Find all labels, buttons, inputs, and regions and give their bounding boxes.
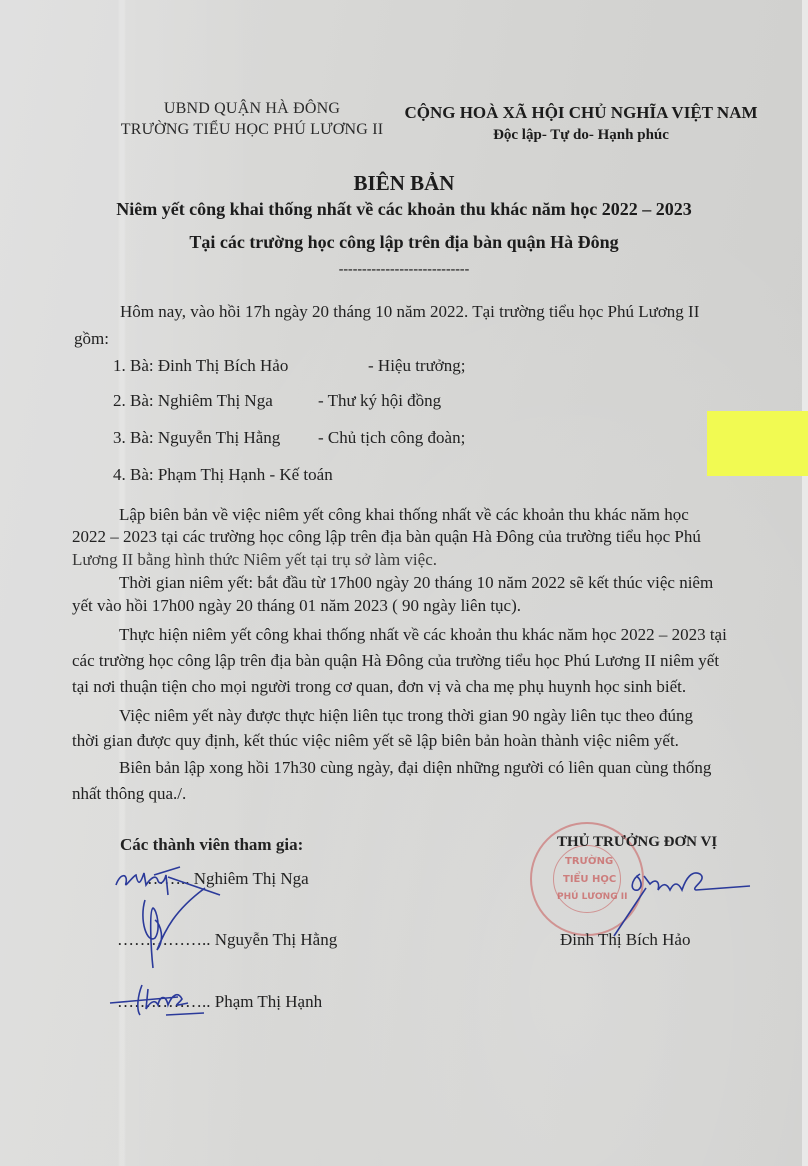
para3-line3: tại nơi thuận tiện cho mọi người trong c… [72, 677, 686, 697]
document-title: BIÊN BẢN [0, 171, 808, 196]
authority-line-2: TRƯỜNG TIỂU HỌC PHÚ LƯƠNG II [107, 119, 397, 140]
head-of-unit-name: Đinh Thị Bích Hảo [560, 930, 690, 950]
motto: Độc lập- Tự do- Hạnh phúc [386, 124, 776, 146]
issuing-authority: UBND QUẬN HÀ ĐÔNG TRƯỜNG TIỂU HỌC PHÚ LƯ… [107, 98, 397, 140]
signature-hang-icon [135, 880, 225, 980]
para1-line3: Lương II bằng hình thức Niêm yết tại trụ… [72, 550, 437, 570]
para1-line2: 2022 – 2023 tại các trường học công lập … [72, 527, 701, 547]
intro-line-2: gồm: [74, 329, 109, 349]
para4-line1: Việc niêm yết này được thực hiện liên tụ… [119, 706, 693, 726]
country-name: CỘNG HOÀ XÃ HỘI CHỦ NGHĨA VIỆT NAM [386, 102, 776, 124]
highlight-sticky-note [707, 411, 808, 476]
document-subtitle-2: Tại các trường học công lập trên địa bàn… [0, 232, 808, 253]
member-1-role: - Hiệu trưởng; [368, 356, 466, 376]
para3-line2: các trường học công lập trên địa bàn quậ… [72, 651, 719, 671]
intro-line-1: Hôm nay, vào hồi 17h ngày 20 tháng 10 nă… [120, 302, 699, 322]
document-subtitle-1: Niêm yết công khai thống nhất về các kho… [0, 199, 808, 220]
head-of-unit-title: THỦ TRƯỞNG ĐƠN VỊ [557, 834, 717, 851]
signature-hao-icon [600, 860, 760, 940]
para2-line1: Thời gian niêm yết: bắt đầu từ 17h00 ngà… [119, 573, 713, 593]
para2-line2: yết vào hồi 17h00 ngày 20 tháng 01 năm 2… [72, 596, 521, 616]
member-1-name: 1. Bà: Đinh Thị Bích Hảo [113, 356, 288, 376]
member-2-name: 2. Bà: Nghiêm Thị Nga [113, 391, 273, 411]
para4-line2: thời gian được quy định, kết thúc việc n… [72, 731, 679, 751]
title-divider: ---------------------------- [0, 262, 808, 278]
member-3-name: 3. Bà: Nguyễn Thị Hằng [113, 428, 280, 448]
para5-line2: nhất thông qua./. [72, 784, 186, 804]
member-4-name: 4. Bà: Phạm Thị Hạnh - Kế toán [113, 465, 333, 485]
para1-line1: Lập biên bản về việc niêm yết công khai … [119, 505, 689, 525]
para3-line1: Thực hiện niêm yết công khai thống nhất … [119, 625, 727, 645]
national-motto: CỘNG HOÀ XÃ HỘI CHỦ NGHĨA VIỆT NAM Độc l… [386, 102, 776, 146]
member-2-role: - Thư ký hội đồng [318, 391, 441, 411]
authority-line-1: UBND QUẬN HÀ ĐÔNG [107, 98, 397, 119]
signer-name: Phạm Thị Hạnh [215, 992, 322, 1011]
members-heading: Các thành viên tham gia: [120, 835, 303, 855]
para5-line1: Biên bản lập xong hồi 17h30 cùng ngày, đ… [119, 758, 711, 778]
member-3-role: - Chủ tịch công đoàn; [318, 428, 465, 448]
signer-name: Nguyễn Thị Hằng [215, 930, 337, 949]
signature-hanh-icon [108, 975, 218, 1025]
